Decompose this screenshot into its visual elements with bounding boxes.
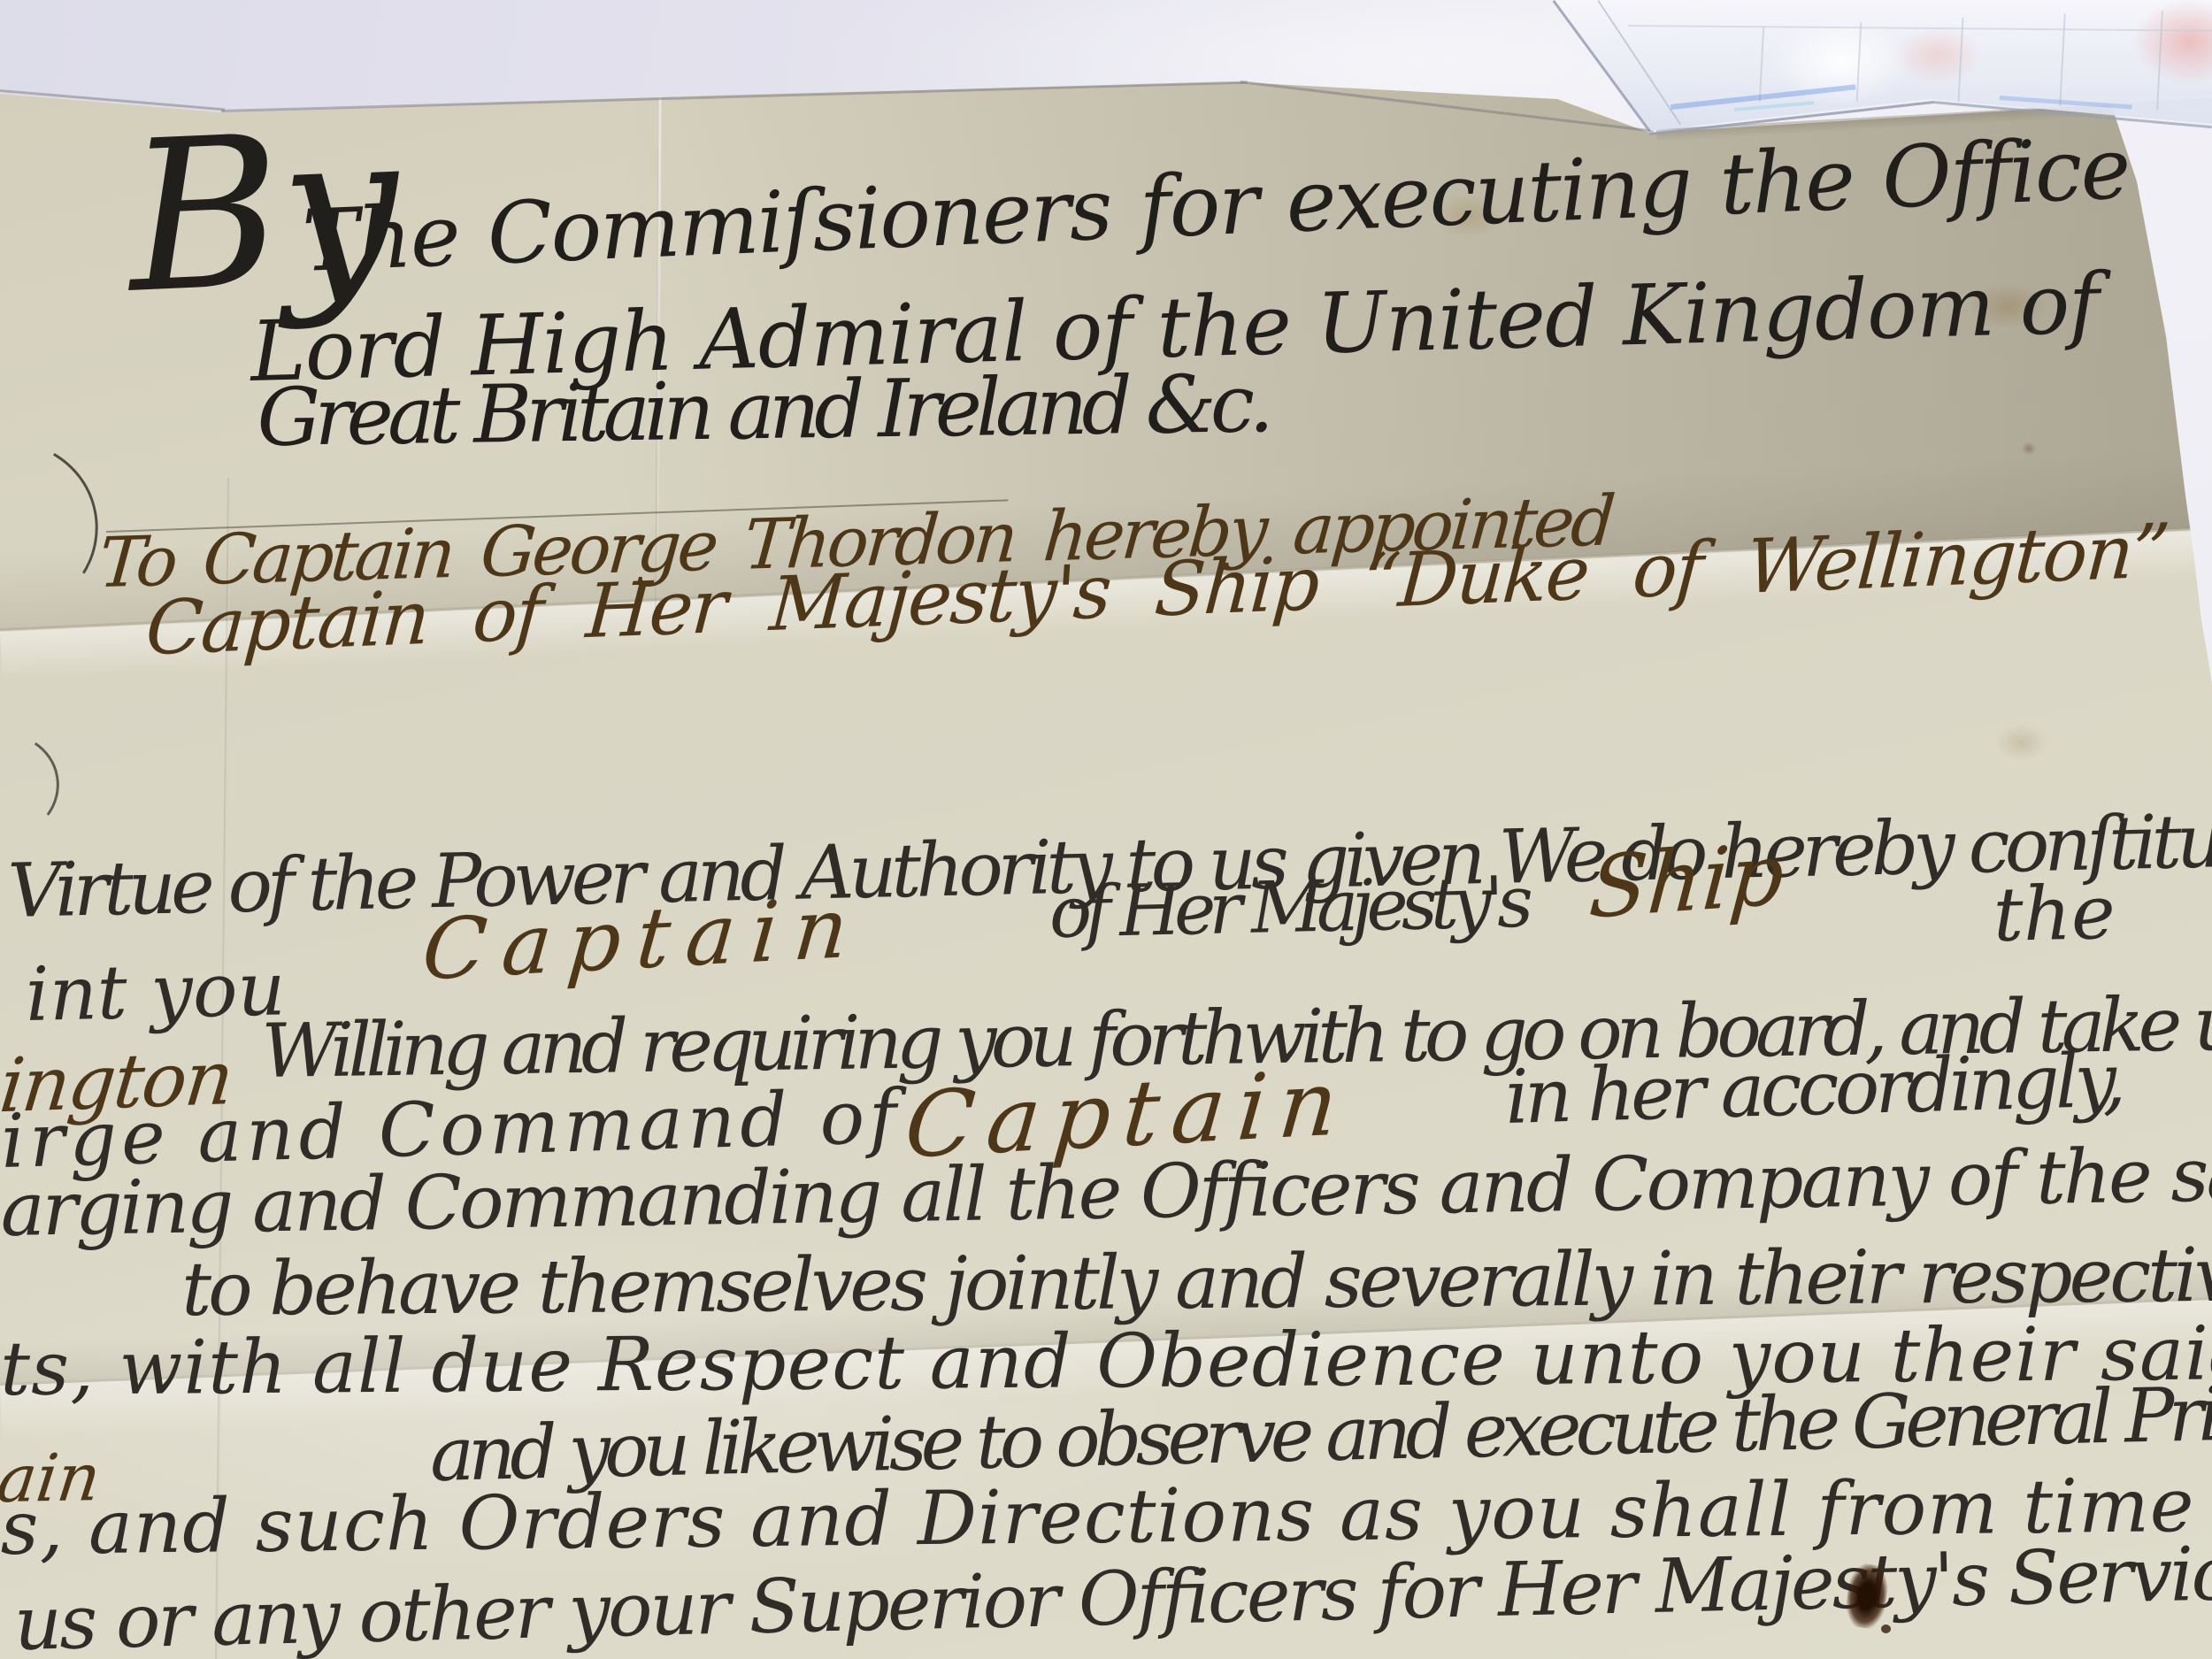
acrylic-pink-reflection: [2132, 0, 2212, 84]
body-line-2-printed: int you: [25, 951, 286, 1032]
body-line-2-printed-mid: of Her Majesty's: [1048, 867, 1527, 949]
photo-of-document: By The Commiſsioners for executing the O…: [0, 0, 2212, 1659]
paper-stain: [1995, 724, 2048, 761]
body-line-4-printed-end: in her accordingly,: [1504, 1043, 2123, 1134]
ink-blot-dot: [1881, 1624, 1891, 1633]
flourish-arc-cropped: [0, 724, 68, 849]
body-line-2-manuscript-rank: Captain: [419, 887, 867, 994]
commission-document-paper: By The Commiſsioners for executing the O…: [0, 0, 2212, 1659]
heading-line-3: Great Britain and Ireland &c.: [257, 365, 1268, 458]
body-line-2-manuscript-ship: Ship: [1586, 832, 1786, 931]
body-line-2-printed-end: the: [1993, 875, 2116, 952]
acrylic-pink-reflection: [1893, 27, 1982, 84]
paper-speck: [2022, 442, 2036, 455]
